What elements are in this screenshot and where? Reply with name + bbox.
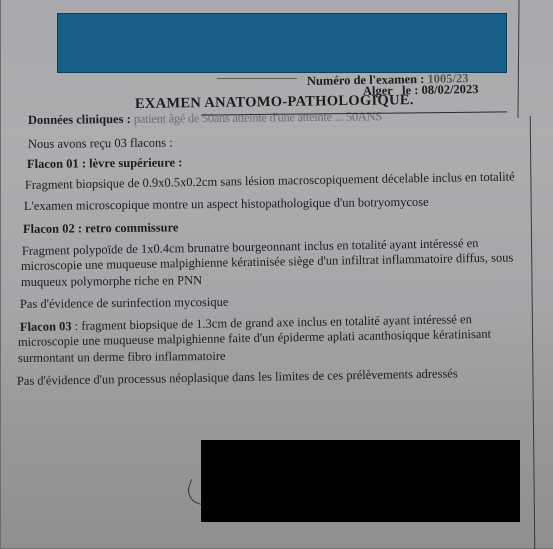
clinical-data-label: Données cliniques :	[28, 112, 131, 127]
flacon-03-heading: Flacon 03	[20, 319, 72, 334]
flacon-01-heading: Flacon 01 : lèvre supérieure :	[27, 155, 183, 171]
conclusion: Pas d'évidence d'un processus néoplasiqu…	[17, 366, 458, 388]
fold-line-right	[530, 116, 536, 549]
flacon-02-note: Pas d'évidence de surinfection mycosique	[20, 295, 229, 311]
intro-text: Nous avons reçu 03 flacons :	[28, 135, 173, 151]
header-redaction	[57, 13, 507, 73]
header-rule	[217, 78, 297, 79]
scanned-report-page: Numéro de l'examen : 1005/23 Alger le : …	[0, 0, 553, 549]
flacon-01-macroscopy: Fragment biopsique de 0.9x0.5x0.2cm sans…	[25, 169, 515, 192]
clinical-data-text: patient âgé de 50ans atteinte d'une atte…	[134, 109, 382, 126]
fold-line-top	[517, 0, 519, 118]
signature-redaction	[201, 440, 520, 522]
flacon-02-line-3: muqueux polymorphe riche en PNN	[21, 273, 202, 289]
date-value: 08/02/2023	[421, 82, 478, 97]
page-title: EXAMEN ANATOMO-PATHOLOGIQUE.	[135, 93, 414, 111]
flacon-01-microscopy: L'examen microscopique montre un aspect …	[24, 195, 429, 213]
flacon-03-line-3: surmontant un derme fibro inflammatoire	[18, 349, 226, 365]
clinical-data: Données cliniques : patient âgé de 50ans…	[28, 109, 382, 127]
flacon-02-heading: Flacon 02 : retro commissure	[23, 220, 179, 236]
